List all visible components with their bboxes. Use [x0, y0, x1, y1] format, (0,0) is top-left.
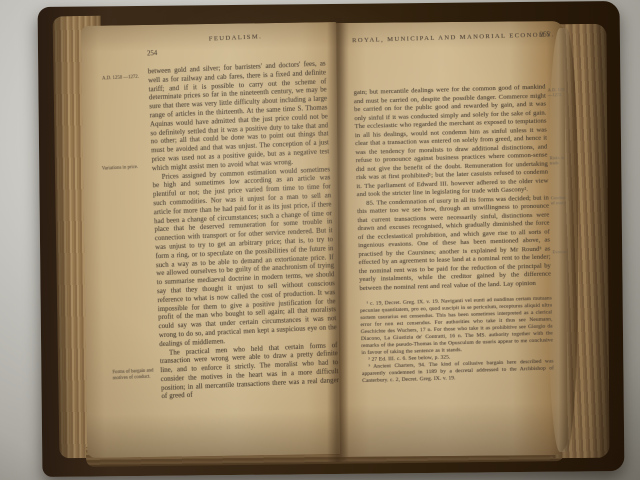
margin-note-condemnation-of-usury: Condemnation of usury. — [551, 195, 568, 206]
right-page-text: ROYAL, MUNICIPAL AND MANORIAL ECONOMY. 2… — [340, 23, 568, 453]
left-page-header: FEUDALISM. 254 — [88, 24, 331, 61]
paragraph-section-85: 85. The condemnation of usury in all its… — [357, 194, 552, 293]
running-head-right: ROYAL, MUNICIPAL AND MANORIAL ECONOMY. — [352, 32, 542, 45]
left-page-text: FEUDALISM. 254 A.D. 1250 —1272. Variatio… — [88, 24, 343, 455]
paragraph: between gold and silver; for barristers'… — [148, 60, 330, 174]
footnote-3: ³ Ancient Charters, 94. The kind of coll… — [362, 358, 555, 385]
right-page-header: ROYAL, MUNICIPAL AND MANORIAL ECONOMY. 2… — [340, 23, 565, 56]
right-page: ROYAL, MUNICIPAL AND MANORIAL ECONOMY. 2… — [336, 21, 568, 457]
left-page: FEUDALISM. 254 A.D. 1250 —1272. Variatio… — [81, 22, 344, 458]
margin-note-evasions: Evasions. — [552, 249, 568, 255]
page-number-right: 255 — [540, 31, 550, 38]
margin-note-forms-of-bargain: Forms of bargain and motives of conduct. — [112, 368, 156, 382]
margin-note-date-left: A.D. 1250 —1272. — [102, 75, 146, 83]
margin-note-risks: Risks in trade. — [550, 155, 568, 166]
paragraph: The practical men who held that certain … — [159, 342, 339, 403]
right-page-body: gain; but mercantile dealings were for t… — [354, 84, 555, 386]
footnotes: ¹ c. 19, Decret. Greg. IX. v. 19. Naviga… — [360, 295, 554, 385]
left-page-body: between gold and silver; for barristers'… — [148, 60, 340, 402]
paragraph: Prices assigned by common estimation wou… — [152, 166, 337, 350]
book-photograph: FEUDALISM. 254 A.D. 1250 —1272. Variatio… — [0, 0, 640, 480]
footnote-1: ¹ c. 19, Decret. Greg. IX. v. 19. Naviga… — [360, 295, 554, 357]
margin-note-variations-in-price: Variations in price. — [102, 165, 146, 173]
paragraph: gain; but mercantile dealings were for t… — [354, 84, 549, 200]
page-number-left: 254 — [147, 50, 157, 57]
running-head-left: FEUDALISM. — [146, 30, 324, 45]
